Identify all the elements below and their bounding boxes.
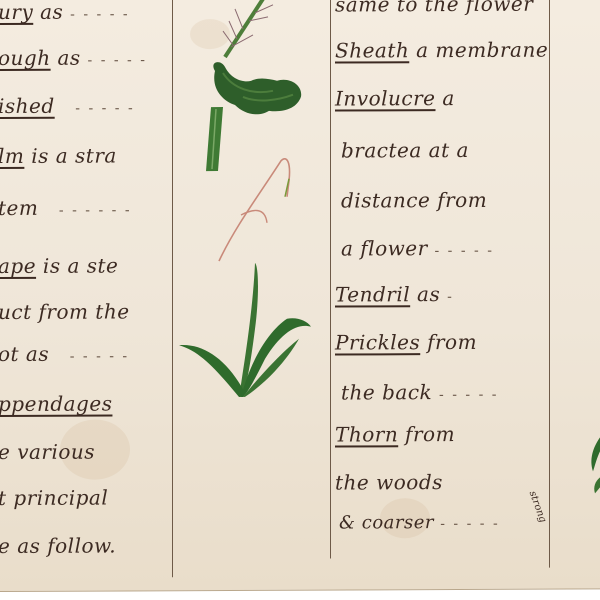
moss-clump-illustration	[213, 62, 301, 115]
glossary-line: the back - - - - -	[341, 380, 498, 405]
glossary-line: ough as - - - - -	[0, 45, 147, 70]
glossary-line: tem - - - - - -	[0, 195, 132, 220]
glossary-line: ury as - - - - -	[0, 0, 130, 24]
margin-note: strong	[527, 490, 549, 525]
glossary-line: uct from the	[0, 299, 130, 324]
glossary-line: Prickles from	[335, 330, 477, 355]
glossary-line: e as follow.	[0, 533, 116, 558]
spiked-grass-stem-illustration	[223, 0, 273, 57]
column-rule-right	[549, 0, 550, 568]
glossary-line: ished - - - - -	[0, 93, 135, 118]
glossary-line: ppendages	[0, 392, 112, 416]
partial-leaf-illustration	[585, 437, 600, 507]
glossary-line: same to the flower	[335, 0, 533, 17]
glossary-line: a flower - - - - -	[341, 236, 494, 261]
glossary-line: ot as - - - - -	[0, 341, 129, 366]
stem-section-illustration	[206, 107, 223, 171]
glossary-line: Thorn from	[335, 422, 455, 447]
tendril-illustration	[219, 159, 290, 261]
illustrations-panel	[173, 0, 330, 559]
glossary-line: t principal	[0, 486, 108, 510]
manuscript-page: ury as - - - - - ough as - - - - - ished…	[0, 0, 600, 592]
glossary-line: Tendril as -	[335, 282, 454, 307]
glossary-line: & coarser - - - - -	[339, 512, 500, 534]
glossary-line: bractea at a	[341, 138, 469, 163]
glossary-line: Sheath a membrane	[335, 38, 548, 63]
glossary-line: distance from	[341, 188, 487, 213]
right-column: same to the flower Sheath a membrane Inv…	[331, 0, 549, 590]
left-column: ury as - - - - - ough as - - - - - ished…	[0, 0, 172, 591]
glossary-line: Involucre a	[335, 86, 455, 111]
glossary-line: ape is a ste	[0, 253, 118, 278]
glossary-line: the woods	[335, 470, 443, 494]
glossary-line: lm is a stra	[0, 143, 117, 168]
grass-leaves-illustration	[179, 263, 311, 398]
glossary-line: e various	[0, 440, 95, 464]
